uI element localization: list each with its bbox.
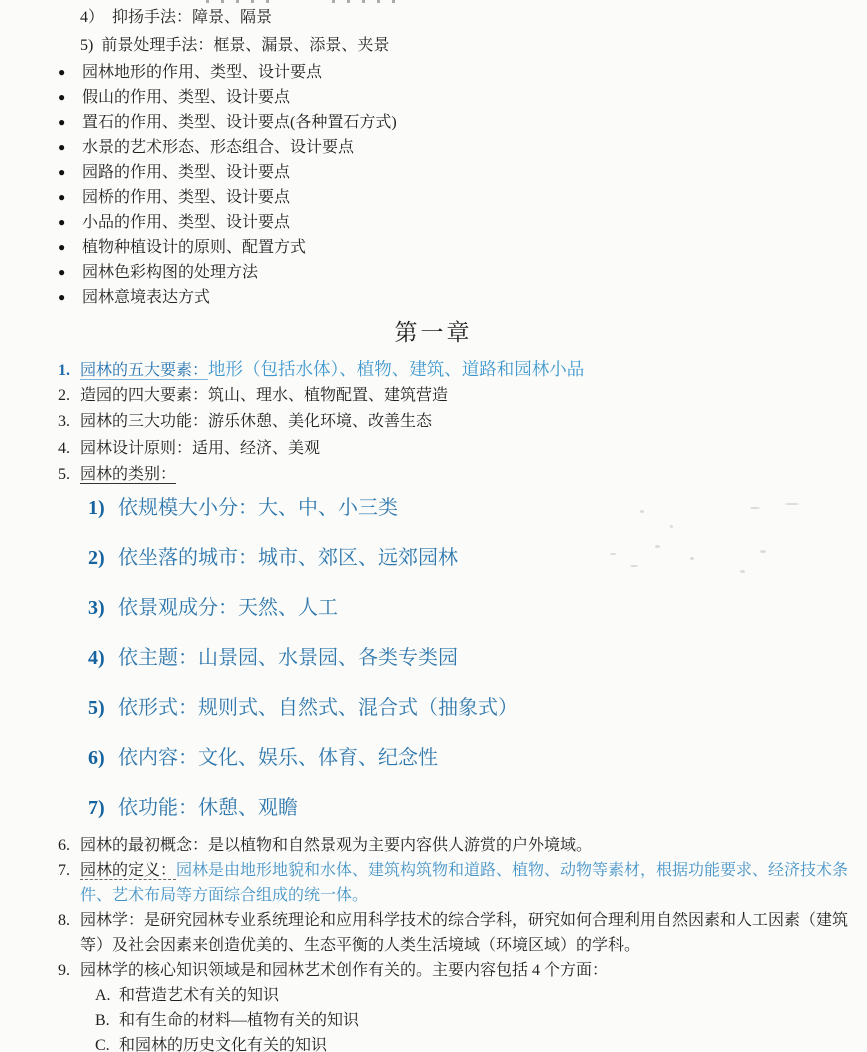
item-text: 依景观成分：天然、人工 [118,597,338,619]
bullet-item: ●置石的作用、类型、设计要点(各种置石方式) [58,110,867,135]
item-number: 4. [58,436,80,463]
numbered-item: 6.园林的最初概念：是以植物和自然景观为主要内容供人游赏的户外境域。 [58,833,850,858]
bullet-icon: ● [58,235,70,260]
item-text: 前景处理手法：框景、漏景、添景、夹景 [101,37,389,54]
bullet-item: ●园林地形的作用、类型、设计要点 [58,60,867,85]
classification-item: 5)依形式：规则式、自然式、混合式（抽象式） [88,695,867,721]
outline-subitem: 4）抑扬手法：障景、隔景 [80,4,867,32]
item-text: 园林学的核心知识领域是和园林艺术创作有关的。主要内容包括 4 个方面： [80,962,608,979]
classification-item: 4)依主题：山景园、水景园、各类专类园 [88,645,867,671]
bullet-text: 园桥的作用、类型、设计要点 [82,189,290,206]
item-number: 2) [88,545,118,571]
item-text: 和有生命的材料—植物有关的知识 [119,1012,359,1029]
classification-item: 3)依景观成分：天然、人工 [88,595,867,621]
outline-sublist-top: 4）抑扬手法：障景、隔景 5)前景处理手法：框景、漏景、添景、夹景 [0,0,867,60]
bullet-item: ●园路的作用、类型、设计要点 [58,160,867,185]
classification-sublist: 1)依规模大小分：大、中、小三类 2)依坐落的城市：城市、郊区、远郊园林 3)依… [88,495,867,821]
numbered-item-highlighted: 1.园林的五大要素：地形（包括水体）、植物、建筑、道路和园林小品 [58,356,867,383]
bullet-icon: ● [58,110,70,135]
bullet-text: 园路的作用、类型、设计要点 [82,164,290,181]
numbered-item: 4.园林设计原则：适用、经济、美观 [58,436,867,463]
item-letter: C. [95,1033,119,1052]
item-key-term: 园林的五大要素： [80,362,208,380]
item-number: 5) [88,695,118,721]
bullet-item: ●园林意境表达方式 [58,285,867,310]
item-text: 依功能：休憩、观瞻 [118,797,298,819]
item-text: 地形（包括水体）、植物、建筑、道路和园林小品 [208,359,584,379]
bullet-text: 水景的艺术形态、形态组合、设计要点 [82,139,354,156]
item-text: 造园的四大要素：筑山、理水、植物配置、建筑营造 [80,387,448,404]
bullet-text: 园林意境表达方式 [82,289,210,306]
item-text: 依坐落的城市：城市、郊区、远郊园林 [118,547,458,569]
item-number: 1) [88,495,118,521]
bullet-list: ●园林地形的作用、类型、设计要点 ●假山的作用、类型、设计要点 ●置石的作用、类… [0,60,867,310]
bullet-text: 园林色彩构图的处理方法 [82,264,258,281]
item-number: 1. [58,358,80,385]
bullet-icon: ● [58,210,70,235]
bullet-icon: ● [58,185,70,210]
bullet-text: 小品的作用、类型、设计要点 [82,214,290,231]
bullet-text: 园林地形的作用、类型、设计要点 [82,64,322,81]
bullet-item: ●水景的艺术形态、形态组合、设计要点 [58,135,867,160]
clipped-line-fragment [206,0,276,3]
item-text: 园林设计原则：适用、经济、美观 [80,440,320,457]
item-text: 依形式：规则式、自然式、混合式（抽象式） [118,697,518,719]
bullet-icon: ● [58,135,70,160]
item-number: 5) [80,37,93,54]
item-number: 5. [58,462,80,489]
item-text: 依内容：文化、娱乐、体育、纪念性 [118,747,438,769]
bullet-item: ●园林色彩构图的处理方法 [58,260,867,285]
clipped-line-fragment [332,0,400,3]
bullet-item: ●小品的作用、类型、设计要点 [58,210,867,235]
chapter-title: 第一章 [0,310,867,356]
item-number: 4） [80,9,104,26]
letter-item: C.和园林的历史文化有关的知识 [58,1033,850,1052]
item-text: 园林学：是研究园林专业系统理论和应用科学技术的综合学科，研究如何合理利用自然因素… [80,912,848,954]
bullet-icon: ● [58,260,70,285]
bullet-item: ●园桥的作用、类型、设计要点 [58,185,867,210]
item-key-term: 园林的类别： [80,466,176,484]
item-letter: B. [95,1008,119,1033]
bullet-icon: ● [58,85,70,110]
numbered-item: 2.造园的四大要素：筑山、理水、植物配置、建筑营造 [58,383,867,410]
classification-item: 2)依坐落的城市：城市、郊区、远郊园林 [88,545,867,571]
outline-subitem: 5)前景处理手法：框景、漏景、添景、夹景 [80,32,867,60]
bullet-text: 植物种植设计的原则、配置方式 [82,239,306,256]
numbered-item: 3.园林的三大功能：游乐休憩、美化环境、改善生态 [58,409,867,436]
classification-item: 6)依内容：文化、娱乐、体育、纪念性 [88,745,867,771]
item-text: 和园林的历史文化有关的知识 [119,1037,327,1052]
item-number: 3. [58,409,80,436]
item-number: 8. [58,908,80,933]
item-text: 园林的三大功能：游乐休憩、美化环境、改善生态 [80,413,432,430]
numbered-list-definitions: 6.园林的最初概念：是以植物和自然景观为主要内容供人游赏的户外境域。 7.园林的… [58,833,850,1052]
item-number: 3) [88,595,118,621]
bullet-icon: ● [58,285,70,310]
numbered-item: 8.园林学：是研究园林专业系统理论和应用科学技术的综合学科，研究如何合理利用自然… [58,908,850,958]
item-number: 4) [88,645,118,671]
item-number: 7. [58,858,80,883]
item-letter: A. [95,983,119,1008]
classification-item: 7)依功能：休憩、观瞻 [88,795,867,821]
item-text: 依主题：山景园、水景园、各类专类园 [118,647,458,669]
item-key-term: 园林的定义： [80,862,176,880]
letter-item: B.和有生命的材料—植物有关的知识 [58,1008,850,1033]
item-text: 和营造艺术有关的知识 [119,987,279,1004]
item-text: 园林的最初概念：是以植物和自然景观为主要内容供人游赏的户外境域。 [80,837,592,854]
numbered-list-main: 1.园林的五大要素：地形（包括水体）、植物、建筑、道路和园林小品 2.造园的四大… [0,356,867,489]
bullet-item: ●植物种植设计的原则、配置方式 [58,235,867,260]
bullet-icon: ● [58,60,70,85]
bullet-text: 假山的作用、类型、设计要点 [82,89,290,106]
item-number: 9. [58,958,80,983]
bullet-item: ●假山的作用、类型、设计要点 [58,85,867,110]
item-number: 2. [58,383,80,410]
numbered-item-definition: 7.园林的定义：园林是由地形地貌和水体、建筑构筑物和道路、植物、动物等素材，根据… [58,858,850,908]
item-text: 依规模大小分：大、中、小三类 [118,497,398,519]
item-number: 7) [88,795,118,821]
numbered-item: 5.园林的类别： [58,462,867,489]
bullet-text: 置石的作用、类型、设计要点(各种置石方式) [82,114,397,131]
document-page: 4）抑扬手法：障景、隔景 5)前景处理手法：框景、漏景、添景、夹景 ●园林地形的… [0,0,867,1052]
letter-item: A.和营造艺术有关的知识 [58,983,850,1008]
bullet-icon: ● [58,160,70,185]
item-text: 园林是由地形地貌和水体、建筑构筑物和道路、植物、动物等素材，根据功能要求、经济技… [80,862,848,904]
item-number: 6. [58,833,80,858]
item-number: 6) [88,745,118,771]
numbered-item: 9.园林学的核心知识领域是和园林艺术创作有关的。主要内容包括 4 个方面： [58,958,850,983]
classification-item: 1)依规模大小分：大、中、小三类 [88,495,867,521]
item-text: 抑扬手法：障景、隔景 [112,9,272,26]
